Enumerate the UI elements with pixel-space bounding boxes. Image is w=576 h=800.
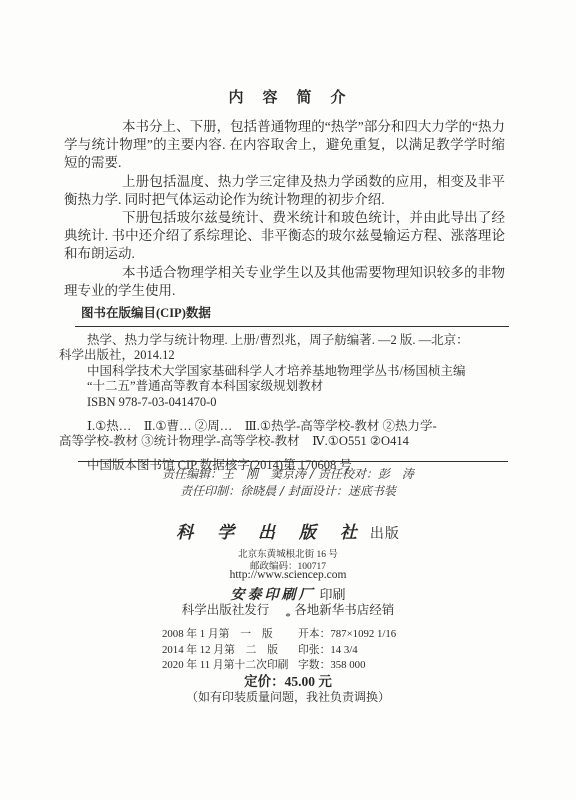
cip-isbn: ISBN 978-7-03-041470-0 [57,395,509,411]
cip-header-rule [75,326,509,327]
sheets-spec: 印张：14 3/4 [298,643,414,659]
staff-editors-line: 责任编辑：王 刚 窦京涛 / 责任校对：彭 涛 [0,466,576,483]
cip-header: 图书在版编目(CIP)数据 [57,306,509,322]
cip-line: 中国科学技术大学国家基础科学人才培养基地物理学丛书/杨国桢主编 [57,364,509,380]
intro-paragraph: 本书适合物理学相关专业学生以及其他需要物理知识较多的非物理专业的学生使用. [64,264,505,300]
publisher-imprint: 科 学 出 版 社 出版 [0,518,576,543]
staff-credits: 责任编辑：王 刚 窦京涛 / 责任校对：彭 涛 责任印制：徐晓晨 / 封面设计：… [0,466,576,500]
cip-line: 科学出版社，2014.12 [57,348,509,364]
content-summary-title: 内 容 简 介 [0,86,576,107]
publisher-name-suffix: 出版 [370,527,400,542]
cip-line: “十二五”普通高等教育本科国家级规划教材 [57,379,509,395]
printing-row: 2014 年 12 月第 二 版 印张：14 3/4 [0,643,576,659]
cip-block: 图书在版编目(CIP)数据 热学、热力学与统计物理. 上册/曹烈兆，周子舫编著.… [57,306,509,473]
publisher-website: http://www.sciencep.com [0,569,576,581]
price-line: 定价：45.00 元 [0,670,576,690]
intro-paragraph: 上册包括温度、热力学三定律及热力学函数的应用，相变及非平衡热力学. 同时把气体运… [64,173,505,209]
section-separator-star: * [0,611,576,623]
divider-rule [78,461,508,462]
intro-paragraph: 下册包括玻尔兹曼统计、费米统计和玻色统计，并由此导出了经典统计. 书中还介绍了系… [64,209,505,264]
publisher-name-logotype: 科 学 出 版 社 [176,523,366,543]
cip-classification: Ⅰ.①热… Ⅱ.①曹… ②周… Ⅲ.①热学-高等学校-教材 ②热力学- [57,419,509,435]
edition-date: 2014 年 12 月第 二 版 [162,643,298,659]
printing-row: 2008 年 1 月第 一 版 开本：787×1092 1/16 [0,627,576,643]
intro-paragraph: 本书分上、下册，包括普通物理的“热学”部分和四大力学的“热力学与统计物理”的主要… [64,118,505,173]
cip-line: 热学、热力学与统计物理. 上册/曹烈兆，周子舫编著. —2 版. —北京： [57,333,509,349]
quality-notice: （如有印装质量问题，我社负责调换） [0,688,576,705]
staff-production-line: 责任印制：徐晓晨 / 封面设计：迷底书装 [0,483,576,500]
content-summary-block: 本书分上、下册，包括普通物理的“热学”部分和四大力学的“热力学与统计物理”的主要… [64,118,505,300]
cip-classification: 高等学校-教材 ③统计物理学-高等学校-教材 Ⅳ.①O551 ②O414 [57,434,509,450]
format-spec: 开本：787×1092 1/16 [298,627,414,643]
book-copyright-page: 内 容 简 介 本书分上、下册，包括普通物理的“热学”部分和四大力学的“热力学与… [0,0,576,800]
printing-details: 2008 年 1 月第 一 版 开本：787×1092 1/16 2014 年 … [0,627,576,674]
edition-date: 2008 年 1 月第 一 版 [162,627,298,643]
